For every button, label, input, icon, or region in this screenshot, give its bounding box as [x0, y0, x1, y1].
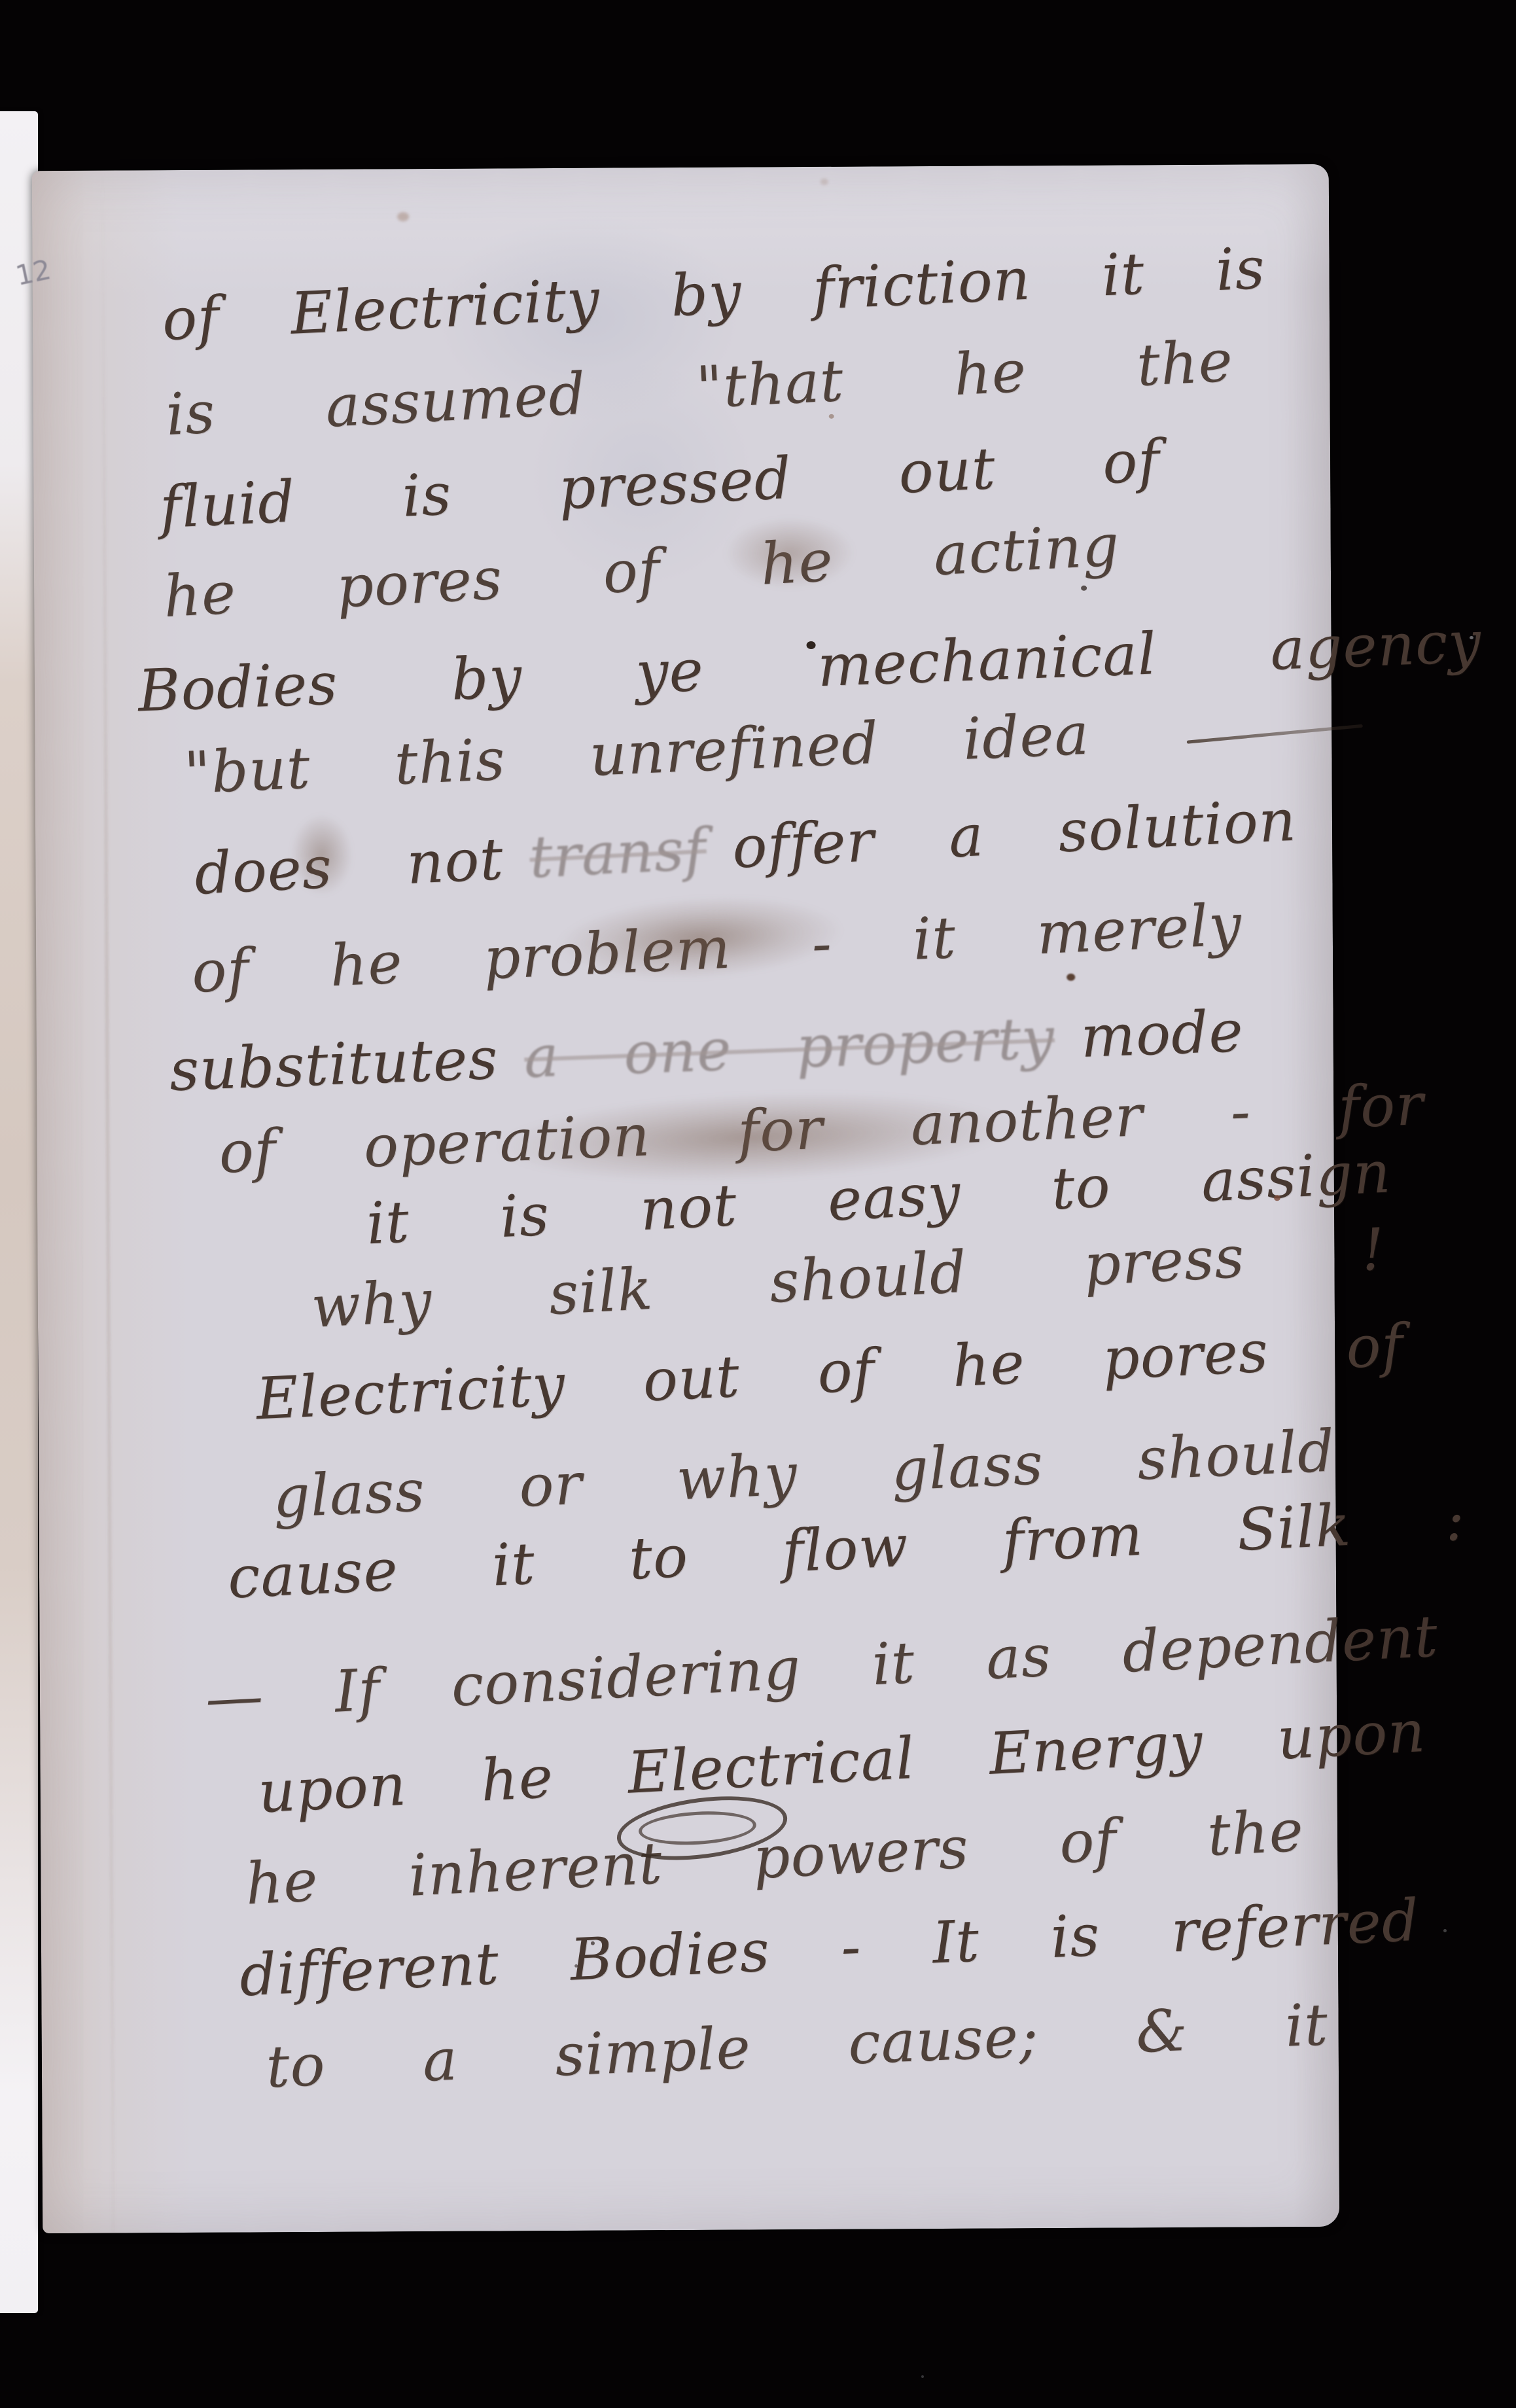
background-speck: [921, 2375, 924, 2378]
ink-spot: [1274, 1195, 1280, 1201]
line-text: mode: [1080, 997, 1244, 1071]
background-speck: [1443, 1929, 1447, 1932]
ink-flourish-dash: [1187, 724, 1363, 744]
manuscript-page: of Electricity by friction it is is assu…: [32, 164, 1339, 2233]
manuscript-line: "but this unrefined idea: [183, 705, 1091, 802]
ink-spot: [591, 1941, 595, 1945]
ink-spot: [829, 414, 834, 419]
line-text: to a simple cause; & it: [265, 1991, 1330, 2100]
ink-spot: [574, 1964, 578, 1968]
manuscript-line: Bodies by ye mechanical agency: [137, 613, 1482, 720]
book-flyleaf-edge: [0, 111, 38, 2313]
manuscript-line: to a simple cause; & it: [265, 1996, 1329, 2096]
ink-spot: [1081, 586, 1087, 591]
manuscript-line: does nottransfoffer a solution: [193, 792, 1297, 903]
ink-spot: [807, 641, 816, 649]
manuscript-line: of Electricity by friction it is: [161, 239, 1267, 349]
line-text: offer a solution: [731, 787, 1298, 881]
ink-scribble-correction: [638, 1809, 758, 1848]
struck-word: transf: [528, 815, 708, 891]
ink-spot: [1066, 974, 1075, 981]
line-text: substitutes: [168, 1025, 499, 1104]
paper-blemish: [820, 179, 828, 185]
manuscript-photo: 12 of Electricity by friction it is is a…: [0, 0, 1516, 2408]
manuscript-line: is assumed "that he the: [164, 332, 1234, 444]
line-text: Bodies by ye mechanical agency: [137, 608, 1483, 724]
struck-word: a one property: [523, 1004, 1055, 1091]
background-speck: [1470, 636, 1473, 639]
ink-smudge: [724, 517, 856, 590]
gutter-crease: [101, 171, 115, 2233]
ink-smudge: [291, 814, 353, 896]
paper-blemish: [397, 212, 409, 221]
